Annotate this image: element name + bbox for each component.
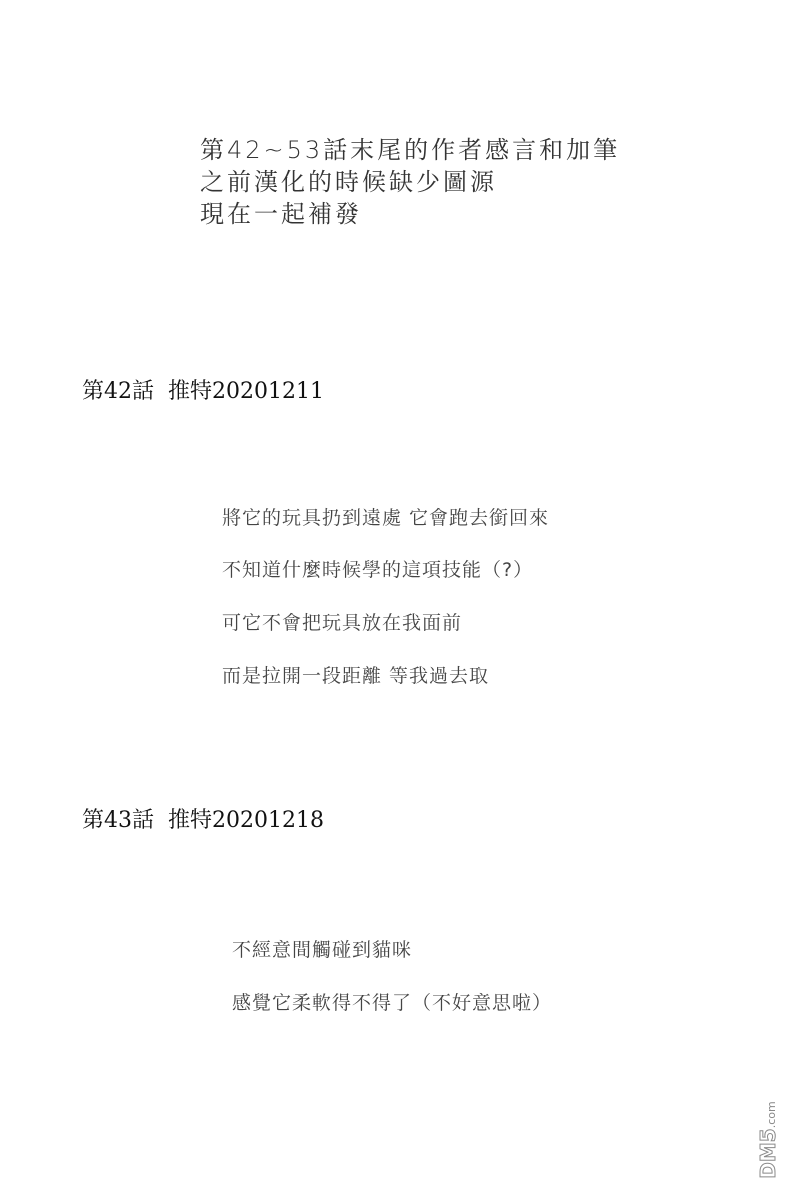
chapter-source: 推特20201211 [168, 379, 324, 404]
dm5-watermark: DM5.com [748, 1090, 788, 1190]
watermark-logo: DM5.com [756, 1101, 780, 1178]
chapter-43-line: 感覺它柔軟得不得了（不好意思啦） [232, 988, 552, 1015]
chapter-source: 推特20201218 [168, 808, 324, 833]
chapter-42-line: 將它的玩具扔到遠處 它會跑去銜回來 [222, 503, 549, 530]
chapter-42-line: 而是拉開一段距離 等我過去取 [222, 661, 489, 688]
chapter-42-line: 可它不會把玩具放在我面前 [222, 608, 462, 635]
intro-line: 之前漢化的時候缺少圖源 [200, 166, 620, 198]
chapter-title: 第42話 [82, 379, 154, 404]
intro-line: 第42~53話末尾的作者感言和加筆 [200, 134, 620, 166]
chapter-43-line: 不經意間觸碰到貓咪 [232, 935, 412, 962]
intro-line: 現在一起補發 [200, 198, 620, 230]
chapter-43-heading: 第43話推特20201218 [82, 803, 324, 834]
chapter-42-heading: 第42話推特20201211 [82, 374, 324, 405]
chapter-42-line: 不知道什麼時候學的這項技能（?） [222, 555, 533, 582]
intro-note: 第42~53話末尾的作者感言和加筆 之前漢化的時候缺少圖源 現在一起補發 [200, 134, 620, 230]
chapter-title: 第43話 [82, 808, 154, 833]
